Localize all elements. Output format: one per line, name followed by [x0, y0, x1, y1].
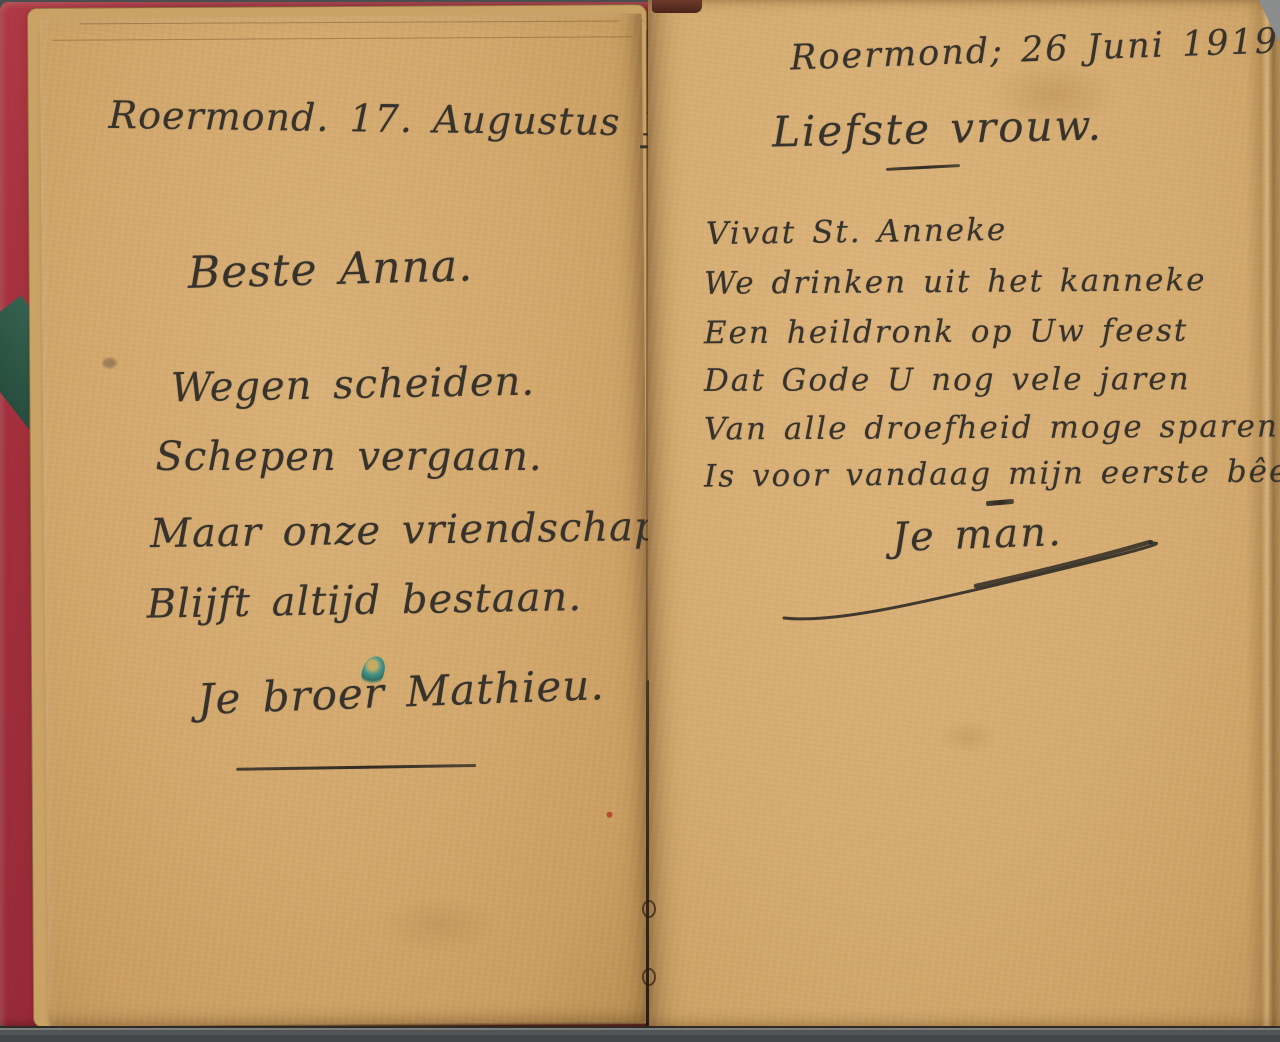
signature-flourish [766, 530, 1176, 630]
date-heading: Roermond; 26 Juni 1919 [789, 21, 1279, 78]
sheet-edge-line [80, 21, 620, 25]
poem-line: Wegen scheiden. [170, 358, 535, 411]
salutation: Beste Anna. [187, 240, 474, 298]
album-scan: { "document": { "kind": "handwritten poe… [0, 0, 1280, 1042]
poem-line: Dat Gode U nog vele jaren [704, 361, 1191, 399]
poem-line: Van alle droefheid moge sparen [704, 408, 1279, 447]
left-page: Roermond. 17. Augustus 1918 Beste Anna. … [40, 13, 651, 1026]
poem-line: Maar onze vriendschap. [150, 504, 675, 557]
poem-line: Een heildronk op Uw feest [704, 313, 1188, 352]
poem-line: Schepen vergaan. [155, 434, 542, 480]
poem-line: Blijft altijd bestaan. [146, 574, 582, 628]
gutter-crease [646, 30, 648, 680]
binding-stitch [642, 900, 656, 918]
ink-speck [103, 358, 117, 368]
paper-stain [938, 720, 998, 754]
binding-tab [652, 0, 702, 13]
right-page: Roermond; 26 Juni 1919 Liefste vrouw. Vi… [648, 0, 1280, 1028]
scanner-background [0, 1026, 1280, 1042]
signature-dash [986, 499, 1014, 506]
poem-line: Vivat St. Anneke [706, 212, 1008, 252]
signature-line: Je broer Mathieu. [197, 660, 606, 724]
sheet-edge-line [52, 36, 632, 41]
page-edge-curl [1246, 0, 1280, 1028]
poem-line: We drinken uit het kanneke [704, 262, 1207, 302]
paper-stain [377, 895, 498, 956]
date-heading-text: Roermond. 17. Augustus [108, 93, 641, 144]
poem-line: Is voor vandaag mijn eerste bêe. [704, 453, 1280, 494]
salutation-underline [886, 164, 960, 171]
red-speck [607, 812, 613, 818]
salutation: Liefste vrouw. [772, 101, 1104, 157]
signature-rule [236, 764, 476, 771]
binding-stitch [642, 968, 656, 986]
